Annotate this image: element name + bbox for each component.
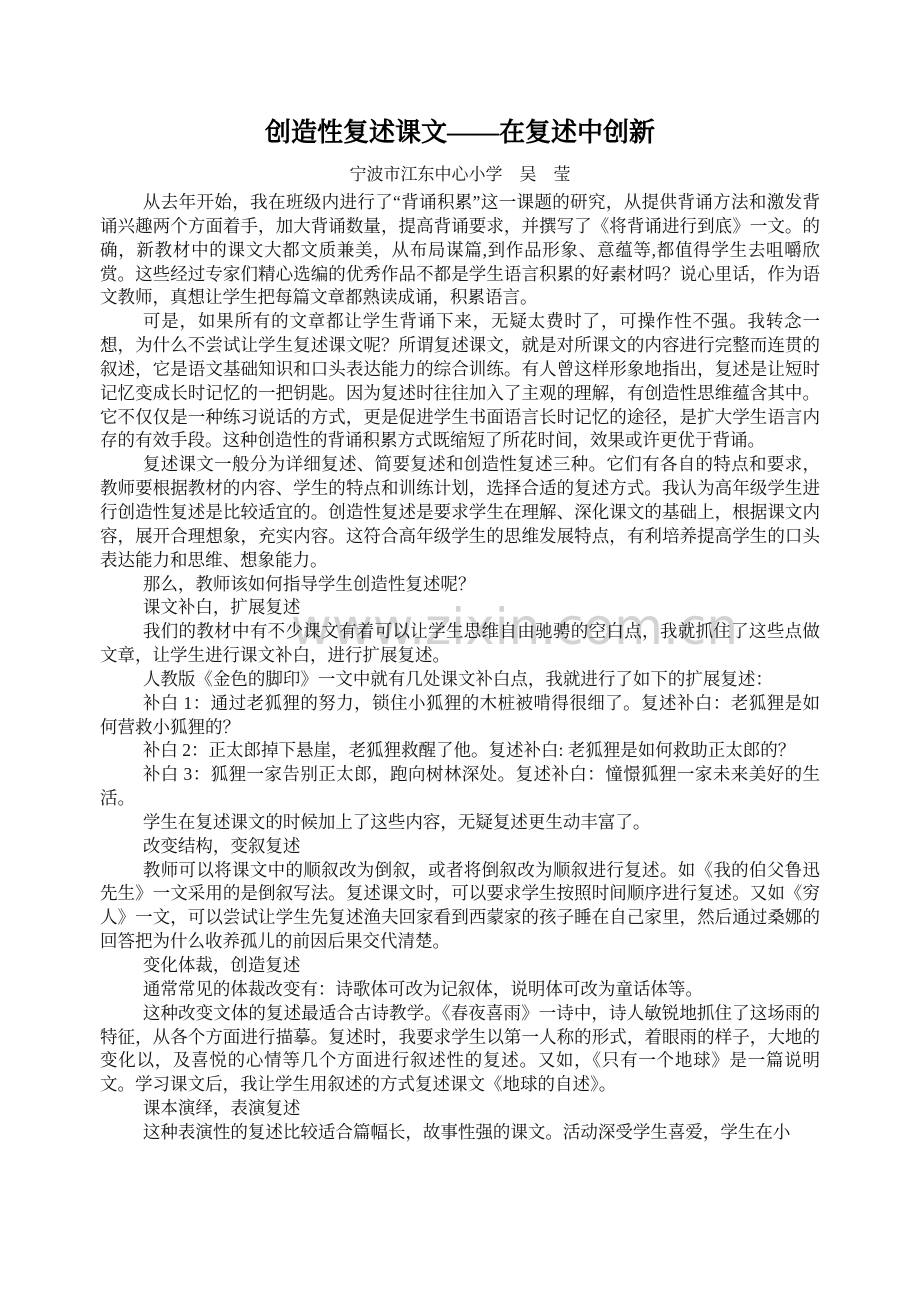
paragraph: 学生在复述课文的时候加上了这些内容，无疑复述更生动丰富了。 xyxy=(100,811,820,835)
paragraph: 我们的教材中有不少课文有着可以让学生思维自由驰骋的空白点，我就抓住了这些点做文章… xyxy=(100,620,820,668)
page-title: 创造性复述课文——在复述中创新 xyxy=(100,116,820,150)
paragraph: 通常常见的体裁改变有：诗歌体可改为记叙体，说明体可改为童话体等。 xyxy=(100,978,820,1002)
paragraph: 这种改变文体的复述最适合古诗教学。《春夜喜雨》一诗中，诗人敏锐地抓住了这场雨的特… xyxy=(100,1002,820,1097)
paragraph: 课文补白，扩展复述 xyxy=(100,596,820,620)
paragraph: 改变结构，变叙复述 xyxy=(100,835,820,859)
paragraph: 教师可以将课文中的顺叙改为倒叙，或者将倒叙改为顺叙进行复述。如《我的伯父鲁迅先生… xyxy=(100,859,820,954)
paragraph: 课本演绎，表演复述 xyxy=(100,1097,820,1121)
document-content: 创造性复述课文——在复述中创新 宁波市江东中心小学 吴 莹 从去年开始，我在班级… xyxy=(100,116,820,1145)
paragraph: 变化体裁，创造复述 xyxy=(100,954,820,978)
paragraph: 可是，如果所有的文章都让学生背诵下来，无疑太费时了，可操作性不强。我转念一想，为… xyxy=(100,310,820,453)
document-page: www.zixin.com.cn 创造性复述课文——在复述中创新 宁波市江东中心… xyxy=(0,0,920,1302)
paragraph: 从去年开始，我在班级内进行了“背诵积累”这一课题的研究，从提供背诵方法和激发背诵… xyxy=(100,191,820,310)
paragraph: 这种表演性的复述比较适合篇幅长，故事性强的课文。活动深受学生喜爱，学生在小 xyxy=(100,1121,820,1145)
document-body: 从去年开始，我在班级内进行了“背诵积累”这一课题的研究，从提供背诵方法和激发背诵… xyxy=(100,191,820,1145)
paragraph: 那么，教师该如何指导学生创造性复述呢？ xyxy=(100,573,820,597)
paragraph: 补白 2：正太郎掉下悬崖，老狐狸救醒了他。复述补白: 老狐狸是如何救助正太郎的？ xyxy=(100,739,820,763)
paragraph: 补白 3：狐狸一家告别正太郎，跑向树林深处。复述补白：憧憬狐狸一家未来美好的生活… xyxy=(100,763,820,811)
paragraph: 人教版《金色的脚印》一文中就有几处课文补白点，我就进行了如下的扩展复述： xyxy=(100,668,820,692)
paragraph: 补白 1：通过老狐狸的努力，锁住小狐狸的木桩被啃得很细了。复述补白：老狐狸是如何… xyxy=(100,692,820,740)
paragraph: 复述课文一般分为详细复述、简要复述和创造性复述三种。它们有各自的特点和要求，教师… xyxy=(100,453,820,572)
author-line: 宁波市江东中心小学 吴 莹 xyxy=(100,163,820,187)
